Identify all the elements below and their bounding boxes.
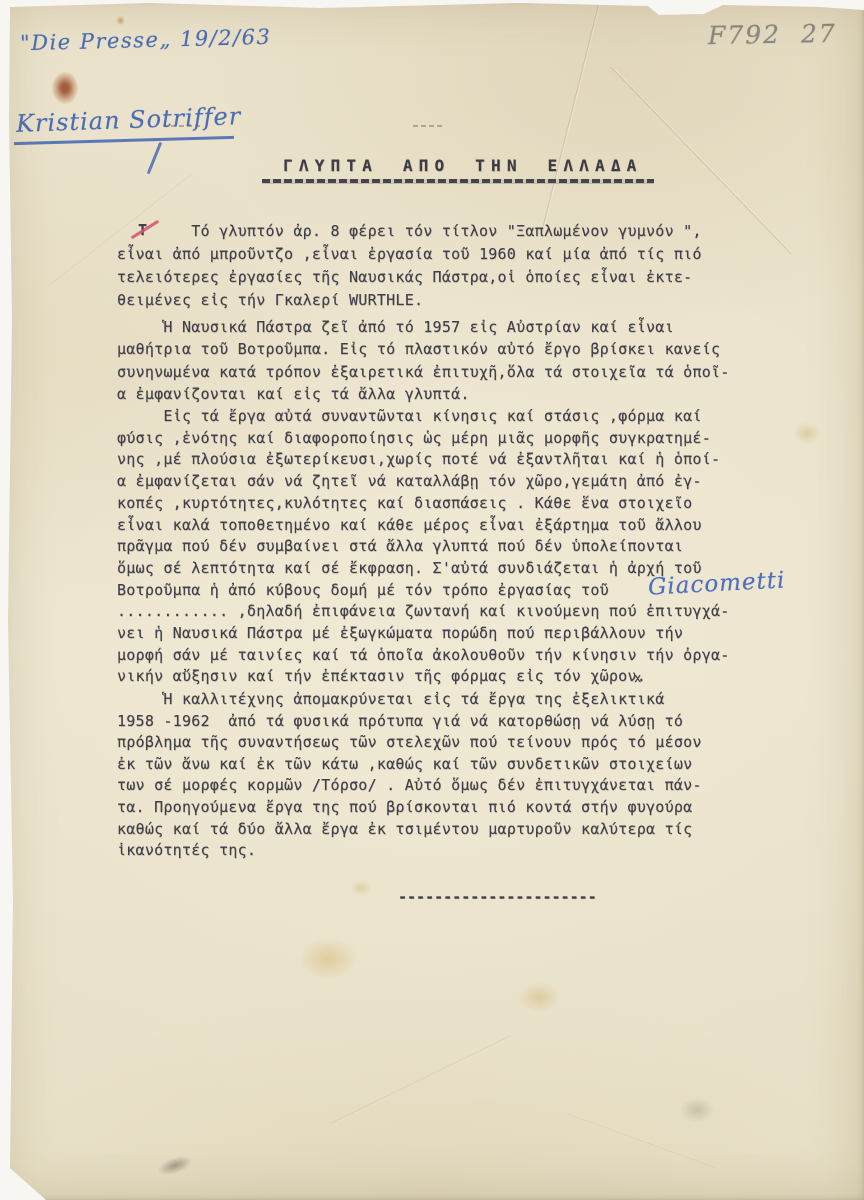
- scan-background: "Die Presse„ 19/2/63 F792 27 Kristian So…: [0, 0, 864, 1200]
- scan-vignette: [0, 0, 864, 1200]
- document-page: "Die Presse„ 19/2/63 F792 27 Kristian So…: [0, 0, 864, 1200]
